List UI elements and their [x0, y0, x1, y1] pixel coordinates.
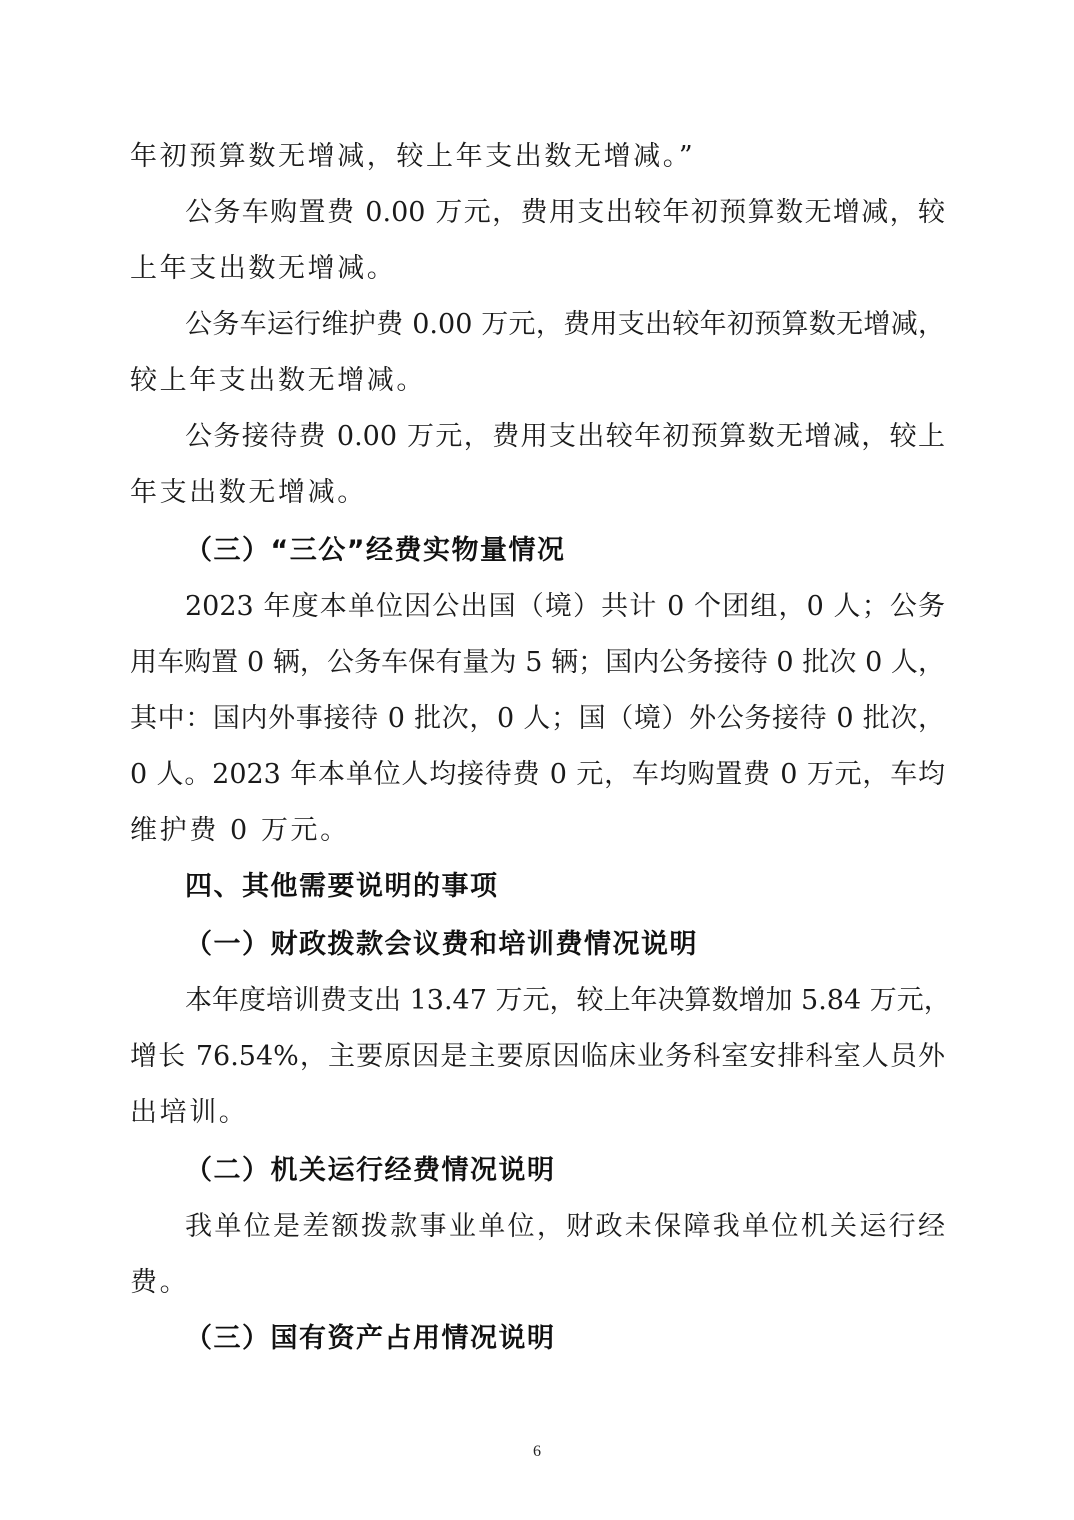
- body-text-line: 公务车购置费 0.00 万元，费用支出较年初预算数无增减，较: [185, 196, 945, 230]
- body-text-line: 用车购置 0 辆，公务车保有量为 5 辆；国内公务接待 0 批次 0 人，: [130, 646, 945, 680]
- body-text-line: 年支出数无增减。: [130, 476, 945, 510]
- body-text-line: 上年支出数无增减。: [130, 252, 945, 286]
- body-text-line: 0 人。2023 年本单位人均接待费 0 元，车均购置费 0 万元，车均: [130, 758, 945, 792]
- section-heading-state-assets: （三）国有资产占用情况说明: [185, 1322, 556, 1356]
- body-text-line: 较上年支出数无增减。: [130, 364, 945, 398]
- body-text-line: 维护费 0 万元。: [130, 814, 945, 848]
- body-text-line: 费。: [130, 1266, 945, 1300]
- body-text-line: 公务接待费 0.00 万元，费用支出较年初预算数无增减，较上: [185, 420, 945, 454]
- body-text-line: 2023 年度本单位因公出国（境）共计 0 个团组，0 人；公务: [185, 590, 945, 624]
- section-heading-agency-operating-costs: （二）机关运行经费情况说明: [185, 1154, 556, 1188]
- section-heading-meeting-training-fees: （一）财政拨款会议费和培训费情况说明: [185, 928, 698, 962]
- body-text-line: 出培训。: [130, 1096, 945, 1130]
- body-text-line: 年初预算数无增减，较上年支出数无增减。”: [130, 140, 945, 174]
- section-heading-three-public-physical: （三）“三公”经费实物量情况: [185, 534, 566, 568]
- body-text-line: 公务车运行维护费 0.00 万元，费用支出较年初预算数无增减，: [185, 308, 945, 342]
- section-heading-other-matters: 四、其他需要说明的事项: [185, 870, 499, 904]
- body-text-line: 本年度培训费支出 13.47 万元，较上年决算数增加 5.84 万元，: [185, 984, 945, 1018]
- body-text-line: 增长 76.54%，主要原因是主要原因临床业务科室安排科室人员外: [130, 1040, 945, 1074]
- body-text-line: 其中：国内外事接待 0 批次，0 人；国（境）外公务接待 0 批次，: [130, 702, 945, 736]
- page-number: 6: [0, 1443, 1074, 1461]
- document-page: 年初预算数无增减，较上年支出数无增减。” 公务车购置费 0.00 万元，费用支出…: [0, 0, 1074, 1520]
- body-text-line: 我单位是差额拨款事业单位，财政未保障我单位机关运行经: [185, 1210, 945, 1244]
